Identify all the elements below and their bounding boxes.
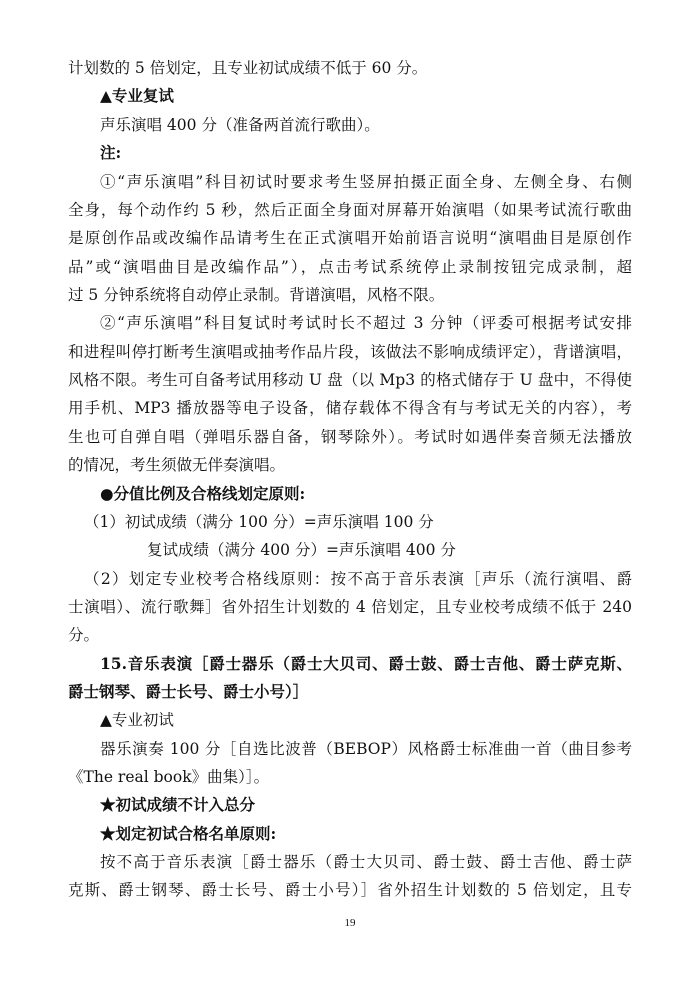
text-line: 克斯、爵士钢琴、爵士长号、爵士小号）］省外招生计划数的 5 倍划定，且专 bbox=[68, 880, 632, 900]
text-line: 过 5 分钟系统将自动停止录制。背谱演唱，风格不限。 bbox=[68, 285, 632, 305]
text-line: 风格不限。考生可自备考试用移动 U 盘（以 Mp3 的格式储存于 U 盘中，不得… bbox=[68, 370, 632, 390]
text-line: 生也可自弹自唱（弹唱乐器自备，钢琴除外）。考试时如遇伴奏音频无法播放 bbox=[68, 427, 632, 447]
text-line: 和进程叫停打断考生演唱或抽考作品片段，该做法不影响成绩评定），背谱演唱， bbox=[68, 342, 632, 362]
text-line: 士演唱）、流行歌舞］省外招生计划数的 4 倍划定，且专业校考成绩不低于 240 bbox=[68, 597, 632, 617]
text-line: ▲专业复试 bbox=[100, 86, 632, 106]
page-number: 19 bbox=[0, 917, 700, 929]
text-line: ②“声乐演唱”科目复试时考试时长不超过 3 分钟（评委可根据考试安排 bbox=[100, 313, 632, 333]
text-line: 全身，每个动作约 5 秒，然后正面全身面对屏幕开始演唱（如果考试流行歌曲 bbox=[68, 200, 632, 220]
text-line: 声乐演唱 400 分（准备两首流行歌曲）。 bbox=[100, 115, 632, 135]
text-line: ★划定初试合格名单原则: bbox=[100, 824, 632, 844]
text-line: ①“声乐演唱”科目初试时要求考生竖屏拍摄正面全身、左侧全身、右侧 bbox=[100, 172, 632, 192]
text-line: ●分值比例及合格线划定原则: bbox=[100, 484, 632, 504]
text-line: 用手机、MP3 播放器等电子设备，储存载体不得含有与考试无关的内容），考 bbox=[68, 398, 632, 418]
text-line: 的情况，考生须做无伴奏演唱。 bbox=[68, 455, 632, 475]
text-line: 计划数的 5 倍划定，且专业初试成绩不低于 60 分。 bbox=[68, 58, 632, 78]
text-line: 《The real book》曲集）］。 bbox=[68, 767, 632, 787]
text-line: 器乐演奏 100 分［自选比波普（BEBOP）风格爵士标准曲一首（曲目参考 bbox=[100, 739, 632, 759]
text-line: 品”或“演唱曲目是改编作品”），点击考试系统停止录制按钮完成录制，超 bbox=[68, 257, 632, 277]
text-line: 是原创作品或改编作品请考生在正式演唱开始前语言说明“演唱曲目是原创作 bbox=[68, 228, 632, 248]
text-line: 爵士钢琴、爵士长号、爵士小号）］ bbox=[68, 682, 632, 702]
text-line: 15.音乐表演［爵士器乐（爵士大贝司、爵士鼓、爵士吉他、爵士萨克斯、 bbox=[100, 654, 632, 674]
document-page: 计划数的 5 倍划定，且专业初试成绩不低于 60 分。▲专业复试声乐演唱 400… bbox=[0, 0, 700, 990]
text-line: （1）初试成绩（满分 100 分）=声乐演唱 100 分 bbox=[84, 512, 632, 532]
text-line: 按不高于音乐表演［爵士器乐（爵士大贝司、爵士鼓、爵士吉他、爵士萨 bbox=[100, 852, 632, 872]
text-line: （2）划定专业校考合格线原则：按不高于音乐表演［声乐（流行演唱、爵 bbox=[84, 569, 632, 589]
text-line: 复试成绩（满分 400 分）=声乐演唱 400 分 bbox=[147, 540, 632, 560]
text-line: ▲专业初试 bbox=[100, 710, 632, 730]
text-line: ★初试成绩不计入总分 bbox=[100, 795, 632, 815]
text-line: 分。 bbox=[68, 625, 632, 645]
text-line: 注: bbox=[100, 143, 632, 163]
